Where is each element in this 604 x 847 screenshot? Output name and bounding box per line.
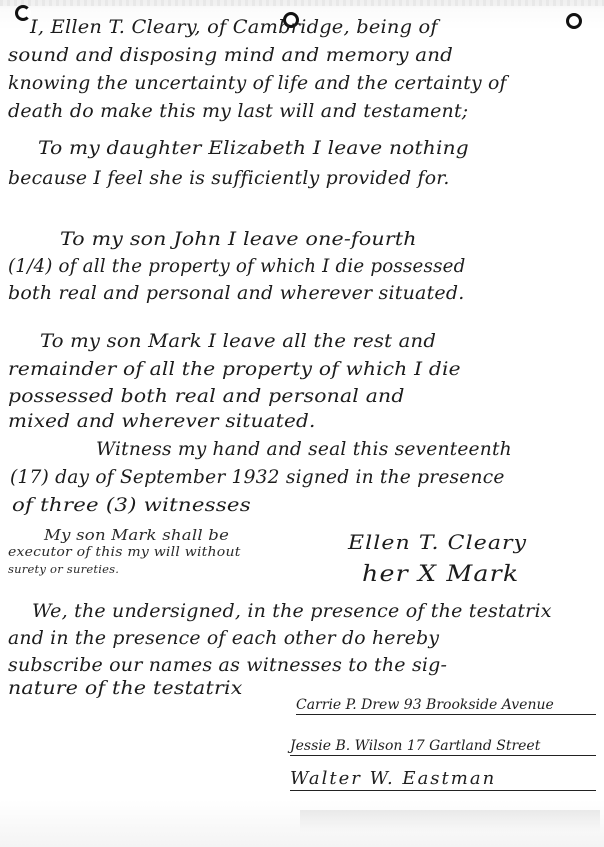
executor-note-line-3: surety or sureties. <box>8 563 119 576</box>
witness-clause-line-2: (17) day of September 1932 signed in the… <box>10 466 505 488</box>
john-line-3: both real and personal and wherever situ… <box>8 282 464 304</box>
opening-line-1: I, Ellen T. Cleary, of Cambridge, being … <box>30 16 438 38</box>
opening-line-3: knowing the uncertainty of life and the … <box>8 72 507 94</box>
witness-address: 93 Brookside Avenue <box>404 697 554 713</box>
mark-line-1: To my son Mark I leave all the rest and <box>40 330 436 352</box>
opening-line-2: sound and disposing mind and memory and <box>8 44 453 66</box>
mark-line-4: mixed and wherever situated. <box>8 410 316 432</box>
attestation-line-2: and in the presence of each other do her… <box>8 627 439 649</box>
scan-smudge-artifact <box>300 810 600 832</box>
witness-name: Carrie P. Drew <box>296 697 399 713</box>
witness-signature-1: Carrie P. Drew 93 Brookside Avenue <box>296 697 596 715</box>
witness-signature-3: Walter W. Eastman <box>290 768 596 791</box>
daughter-line-2: because I feel she is sufficiently provi… <box>8 167 450 189</box>
witness-clause-line-3: of three (3) witnesses <box>12 494 251 516</box>
testatrix-mark: her X Mark <box>362 562 519 587</box>
attestation-line-4: nature of the testatrix <box>8 677 243 699</box>
witness-clause-line-1: Witness my hand and seal this seventeent… <box>96 438 512 460</box>
witness-signature-2: Jessie B. Wilson 17 Gartland Street <box>290 738 596 756</box>
john-line-1: To my son John I leave one-fourth <box>60 228 417 250</box>
punch-hole-icon <box>566 13 582 29</box>
executor-note-line-2: executor of this my will without <box>8 545 241 560</box>
daughter-line-1: To my daughter Elizabeth I leave nothing <box>38 137 469 159</box>
attestation-line-1: We, the undersigned, in the presence of … <box>32 600 552 622</box>
opening-line-4: death do make this my last will and test… <box>8 100 468 122</box>
mark-line-2: remainder of all the property of which I… <box>8 358 461 380</box>
john-line-2: (1/4) of all the property of which I die… <box>8 255 465 277</box>
witness-name: Jessie B. Wilson <box>290 738 402 754</box>
witness-address: 17 Gartland Street <box>407 738 540 754</box>
testatrix-signature: Ellen T. Cleary <box>348 530 527 554</box>
executor-note-line-1: My son Mark shall be <box>44 526 229 544</box>
punch-hole-icon <box>15 5 31 21</box>
scan-edge-artifact <box>0 0 604 6</box>
witness-name: Walter W. Eastman <box>290 768 496 789</box>
attestation-line-3: subscribe our names as witnesses to the … <box>8 654 447 676</box>
will-document-page: I, Ellen T. Cleary, of Cambridge, being … <box>0 0 604 847</box>
mark-line-3: possessed both real and personal and <box>8 385 405 407</box>
